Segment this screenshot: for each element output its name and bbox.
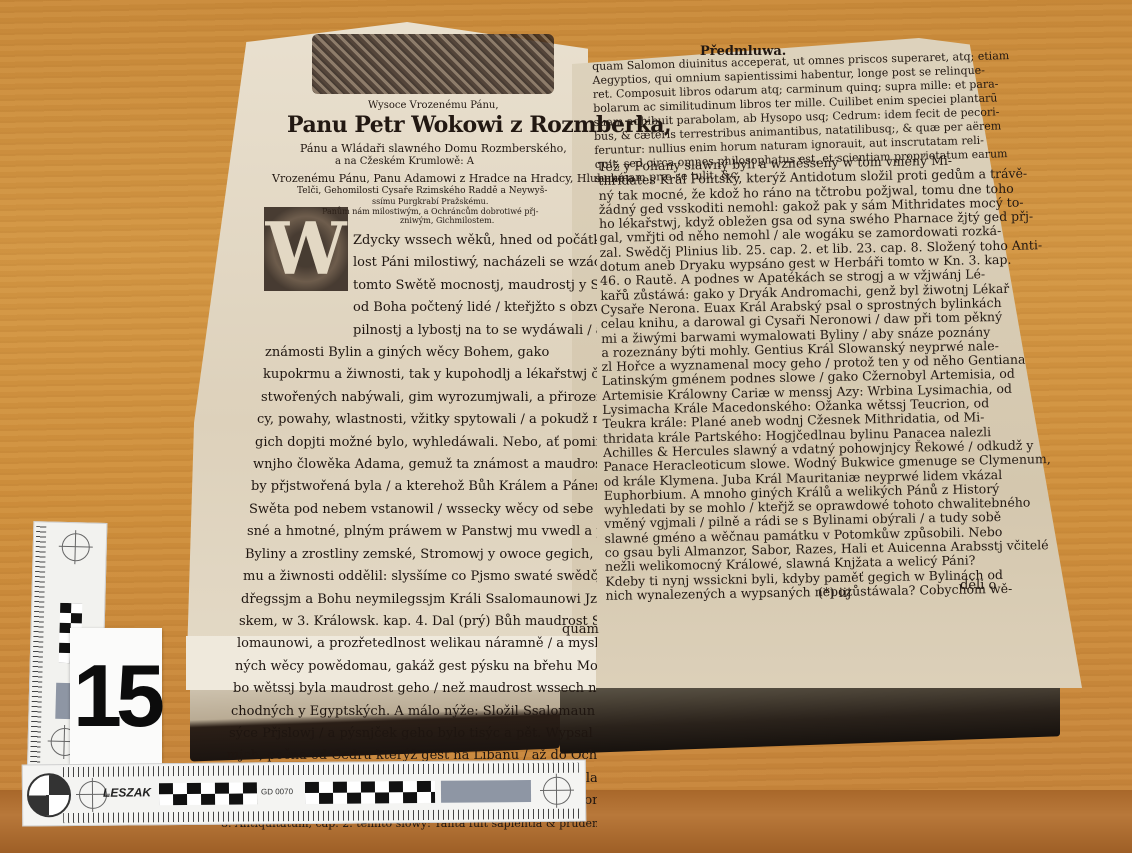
checker-pattern — [159, 782, 257, 805]
crosshair-icon — [61, 533, 90, 562]
text-line: tomto Swětě mocnostj, maudrostj y Sláwau — [205, 275, 597, 297]
dedication-line: a na Cžeském Krumlowě: A — [335, 156, 474, 167]
dedication-line: Telči, Gehomilosti Cysaře Rzimského Radd… — [297, 186, 547, 196]
text-line: skem, w 3. Králowsk. kap. 4. Dal (prý) B… — [205, 611, 597, 633]
left-page-body: Zdycky wssech wěků, hned od počátku, Waš… — [205, 230, 597, 835]
dedication-line: Wysoce Vrozenému Pánu, — [368, 100, 499, 111]
ruler-ticks — [63, 763, 579, 778]
dedication-line: ssímu Purgkrabí Pražskému. — [372, 197, 488, 206]
dedication-line: Pánu a Wládaři slawného Domu Rozmberskéh… — [300, 142, 567, 155]
photo-target-icon — [27, 773, 71, 817]
text-line: lost Páni milostiwý, nacházeli se wzácný… — [205, 252, 597, 274]
text-line: kupokrmu a žiwnosti, tak y kupohodlj a l… — [205, 364, 597, 386]
text-line: ných wěcy powědomau, gakáž gest pýsku na… — [205, 656, 597, 678]
scale-brand-logo: LESZAK — [103, 785, 151, 799]
signature-mark: (*) iij — [818, 586, 851, 601]
text-line: sné a hmotné, plným práwem w Panstwj mu … — [205, 521, 597, 543]
text-line: wnjho člowěka Adama, gemuž ta známost a … — [205, 454, 597, 476]
dedication-line: zniwým, Gichmilostem. — [400, 216, 494, 225]
text-line: chodných y Egyptských. A málo nýže: Slož… — [205, 701, 597, 723]
text-line: Swěta pod nebem vstanowil / wssecky wěcy… — [205, 499, 597, 521]
right-page-body: Též y Pohany slawný byli a wzněssený w t… — [598, 153, 1016, 603]
text-line: od Boha počtený lidé / kteřjžto s obzwlá… — [205, 297, 597, 319]
gray-reference-patch — [441, 780, 531, 803]
text-line: gich dopjti možné bylo, wyhledáwali. Neb… — [205, 432, 597, 454]
text-line: cy, powahy, wlastnosti, vžitky spytowali… — [205, 409, 597, 431]
text-line: bo wětssj byla maudrost geho / než maudr… — [205, 678, 597, 700]
catchword: děli o — [960, 578, 996, 593]
text-line: dřegssjm a Bohu neymilegssjm Králi Ssalo… — [205, 589, 597, 611]
text-line: známosti Bylin a giných wěcy Bohem, gako — [205, 342, 597, 364]
forensic-scale-horizontal: LESZAK GD 0070 — [22, 760, 587, 827]
text-line: Byliny a zrostliny zemské, Stromowj y ow… — [205, 544, 597, 566]
dedication-line: Vrozenému Pánu, Panu Adamowi z Hradce na… — [272, 172, 634, 185]
scale-code: GD 0070 — [261, 787, 293, 796]
text-line: pilnostj a lybostj na to se wydáwali / a… — [205, 320, 597, 342]
text-line: Zdycky wssech wěků, hned od počátku, Waš… — [205, 230, 597, 252]
text-line: stwořených nabýwali, gim wyrozumjwali, a… — [205, 387, 597, 409]
text-line: mu a žiwnosti oddělil: slysšíme co Pjsmo… — [205, 566, 597, 588]
text-line: lomaunowi, a prozřetedlnost welikau nára… — [205, 633, 597, 655]
catchword: quam — [562, 622, 599, 637]
evidence-marker: 15 — [70, 628, 162, 764]
text-line: by přjstwořená byla / a kterehož Bůh Krá… — [205, 476, 597, 498]
text-line: sýce Přjslowj / a pýsnjček geho bylo tis… — [205, 723, 597, 745]
ruler-ticks — [30, 526, 47, 778]
ruler-ticks — [63, 809, 579, 824]
crosshair-icon — [543, 777, 571, 805]
checker-pattern — [305, 781, 435, 804]
dedication-line: Panům nám milostiwým, a Ochráncům dobrot… — [322, 207, 538, 216]
woodcut-ornament-headpiece — [312, 34, 554, 94]
